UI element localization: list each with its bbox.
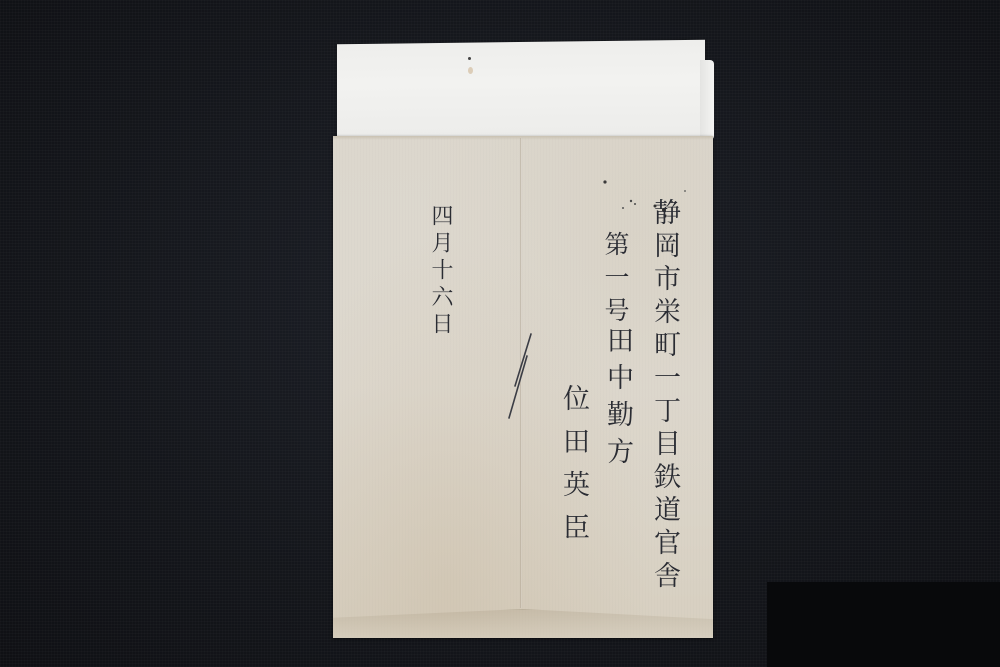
envelope-bottom-fold: [333, 609, 713, 638]
double-slash-mark: [505, 326, 535, 426]
letter-stain: [468, 67, 473, 74]
letter-paper-folded-edge: [700, 60, 714, 140]
address-line-1: 静岡市栄町一丁目鉄道官舎: [651, 198, 678, 594]
address-line-2: 第一号: [603, 231, 628, 330]
envelope-top-edge: [333, 136, 713, 140]
date-text: 四月十六日: [429, 204, 451, 339]
folded-letter-paper: [337, 40, 705, 144]
letter-speck: [468, 57, 471, 60]
recipient-care-of: 田中勤方: [604, 326, 631, 474]
envelope: 四月十六日 静岡市栄町一丁目鉄道官舎 第一号 田中勤方 位田英臣: [333, 136, 713, 638]
addressee-name: 位田英臣: [560, 384, 587, 556]
dark-corner-patch: [767, 582, 1000, 667]
